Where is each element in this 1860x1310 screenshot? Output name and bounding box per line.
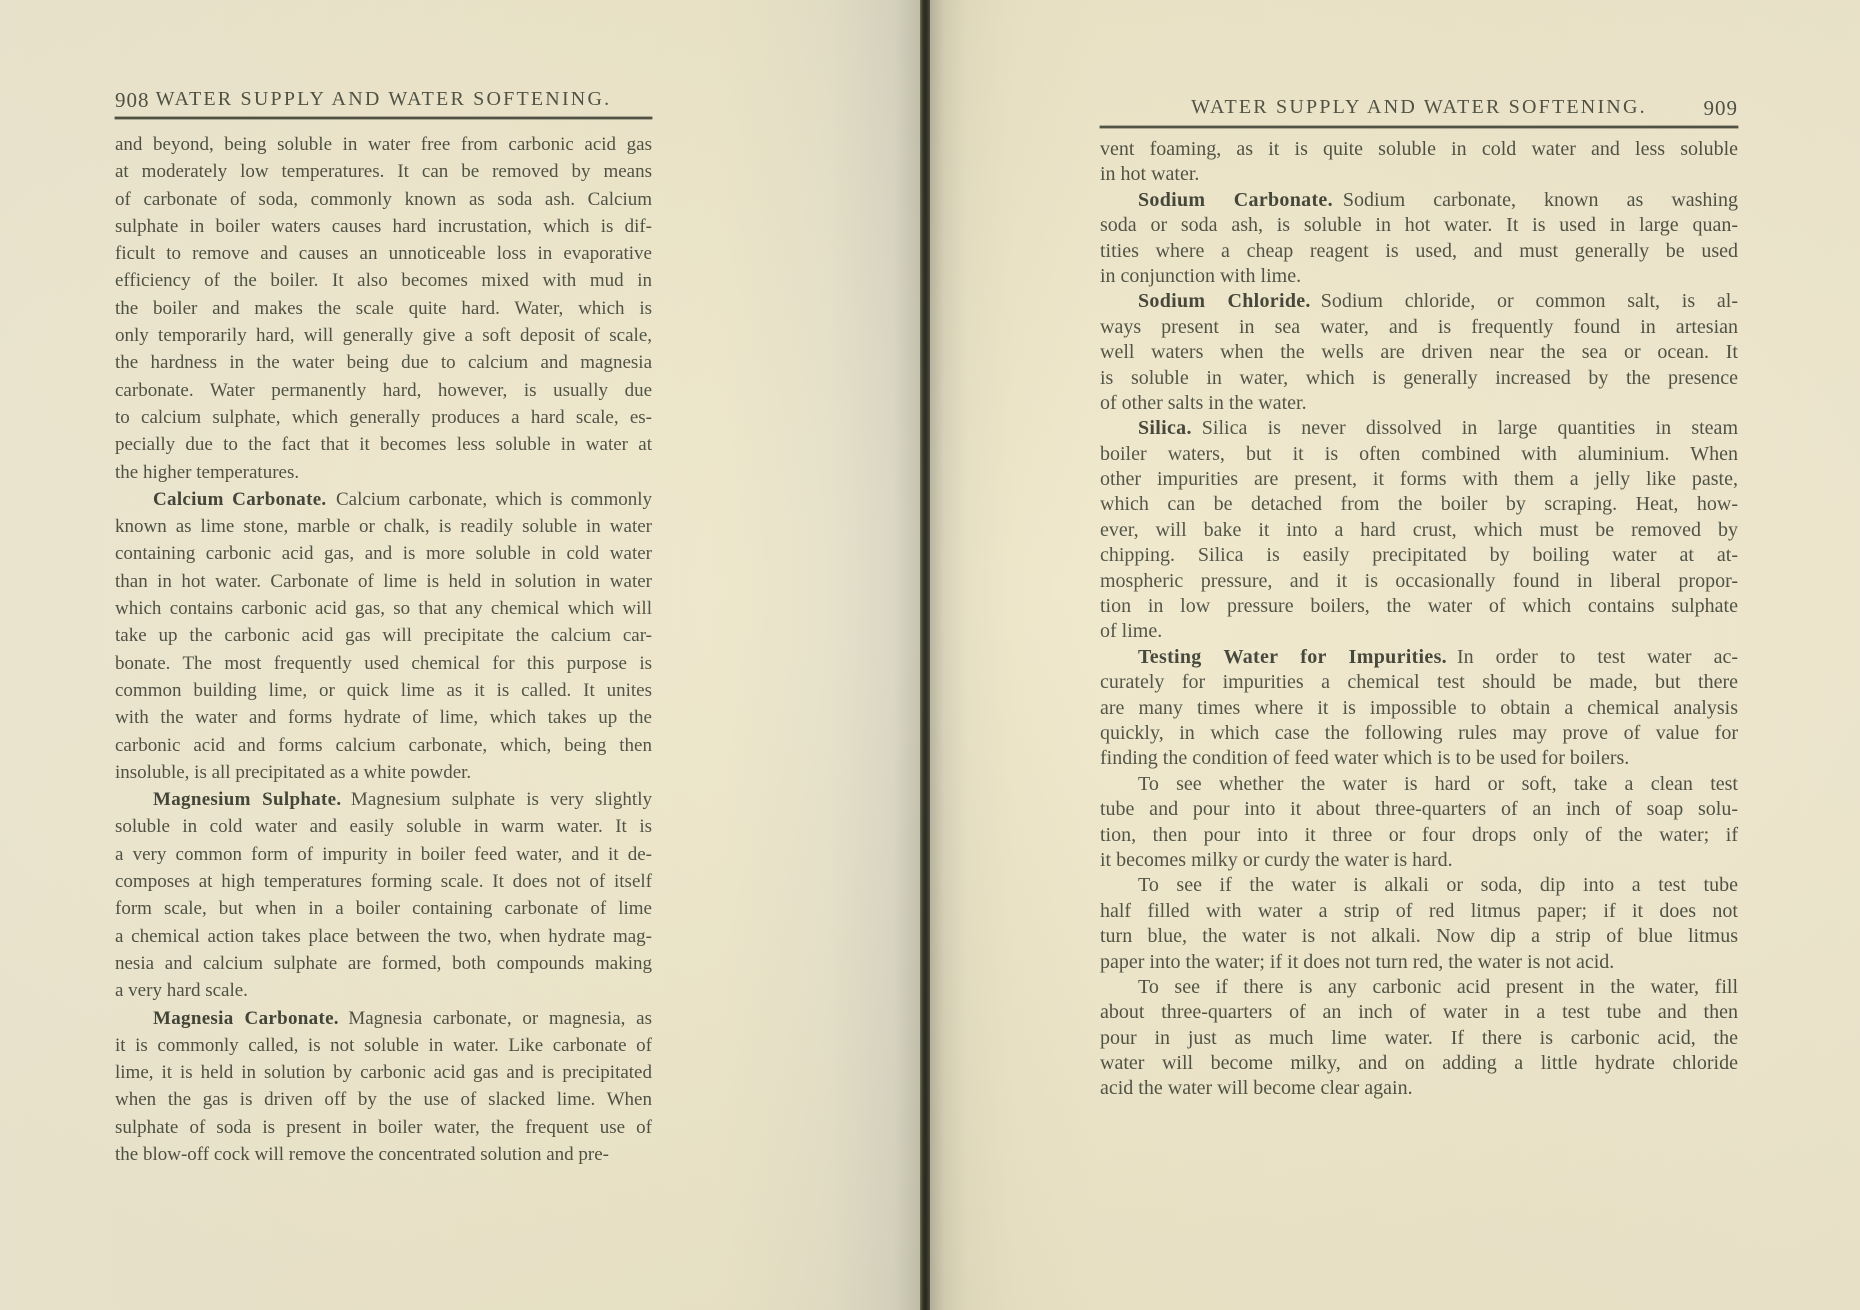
paragraph-heading: Sodium Carbonate.: [1138, 189, 1333, 211]
text-line: a very common form of impurity in boiler…: [115, 841, 652, 868]
text-line: is soluble in water, which is generally …: [1100, 366, 1738, 391]
text-line: only temporarily hard, will generally gi…: [115, 322, 652, 349]
text-line: a very hard scale.: [115, 977, 652, 1004]
text-line: about three-quarters of an inch of water…: [1100, 1000, 1738, 1025]
text-line: the blow-off cock will remove the concen…: [115, 1141, 652, 1168]
paragraph-heading: Sodium Chloride.: [1138, 290, 1311, 312]
text-line: insoluble, is all precipitated as a whit…: [115, 759, 652, 786]
right-page-number: 909: [1704, 96, 1739, 121]
text-line: other impurities are present, it forms w…: [1100, 467, 1738, 492]
text-line: tion, then pour into it three or four dr…: [1100, 823, 1738, 848]
text-line: tion in low pressure boilers, the water …: [1100, 594, 1738, 619]
text-line: pour in just as much lime water. If ther…: [1100, 1026, 1738, 1051]
paragraph-heading: Calcium Carbonate.: [153, 489, 326, 510]
text-line: with the water and forms hydrate of lime…: [115, 704, 652, 731]
text-line: soda or soda ash, is soluble in hot wate…: [1100, 213, 1738, 238]
text-line: tube and pour into it about three-quarte…: [1100, 797, 1738, 822]
text-line: Testing Water for Impurities. In order t…: [1100, 645, 1738, 670]
text-line: known as lime stone, marble or chalk, is…: [115, 513, 652, 540]
text-line: chipping. Silica is easily precipitated …: [1100, 543, 1738, 568]
text-line: sulphate in boiler waters causes hard in…: [115, 213, 652, 240]
paragraph-heading: Testing Water for Impurities.: [1138, 646, 1447, 668]
paragraph-heading: Magnesia Carbonate.: [153, 1008, 339, 1029]
text-line: lime, it is held in solution by carbonic…: [115, 1059, 652, 1086]
open-book-spread: 908 WATER SUPPLY AND WATER SOFTENING. WA…: [0, 0, 1860, 1310]
text-line: it becomes milky or curdy the water is h…: [1100, 848, 1738, 873]
text-line: Sodium Chloride. Sodium chloride, or com…: [1100, 289, 1738, 314]
left-running-title: WATER SUPPLY AND WATER SOFTENING.: [115, 88, 652, 111]
text-line: carbonate. Water permanently hard, howev…: [115, 377, 652, 404]
text-line: turn blue, the water is not alkali. Now …: [1100, 924, 1738, 949]
left-page-text-column: and beyond, being soluble in water free …: [115, 131, 652, 1168]
text-line: Sodium Carbonate. Sodium carbonate, know…: [1100, 188, 1738, 213]
text-line: tities where a cheap reagent is used, an…: [1100, 239, 1738, 264]
text-line: of lime.: [1100, 619, 1738, 644]
text-line: soluble in cold water and easily soluble…: [115, 813, 652, 840]
text-line: bonate. The most frequently used chemica…: [115, 650, 652, 677]
text-line: Calcium Carbonate. Calcium carbonate, wh…: [115, 486, 652, 513]
text-line: boiler waters, but it is often combined …: [1100, 442, 1738, 467]
text-line: Magnesium Sulphate. Magnesium sulphate i…: [115, 786, 652, 813]
text-line: Magnesia Carbonate. Magnesia carbonate, …: [115, 1005, 652, 1032]
left-running-head: 908 WATER SUPPLY AND WATER SOFTENING.: [115, 88, 652, 114]
text-line: in hot water.: [1100, 162, 1738, 187]
text-line: are many times where it is impossible to…: [1100, 696, 1738, 721]
text-line: common building lime, or quick lime as i…: [115, 677, 652, 704]
text-line: form scale, but when in a boiler contain…: [115, 895, 652, 922]
text-line: curately for impurities a chemical test …: [1100, 670, 1738, 695]
text-line: acid the water will become clear again.: [1100, 1076, 1738, 1101]
paragraph-heading: Magnesium Sulphate.: [153, 789, 341, 810]
text-line: which contains carbonic acid gas, so tha…: [115, 595, 652, 622]
text-line: in conjunction with lime.: [1100, 264, 1738, 289]
text-line: vent foaming, as it is quite soluble in …: [1100, 137, 1738, 162]
text-line: it is commonly called, is not soluble in…: [115, 1032, 652, 1059]
text-line: half filled with water a strip of red li…: [1100, 899, 1738, 924]
text-line: a chemical action takes place between th…: [115, 923, 652, 950]
text-line: To see whether the water is hard or soft…: [1100, 772, 1738, 797]
text-line: To see if the water is alkali or soda, d…: [1100, 873, 1738, 898]
text-line: when the gas is driven off by the use of…: [115, 1086, 652, 1113]
text-line: water will become milky, and on adding a…: [1100, 1051, 1738, 1076]
text-line: carbonic acid and forms calcium carbonat…: [115, 732, 652, 759]
left-head-rule: [115, 117, 652, 119]
text-line: ever, will bake it into a hard crust, wh…: [1100, 518, 1738, 543]
text-line: to calcium sulphate, which generally pro…: [115, 404, 652, 431]
text-line: take up the carbonic acid gas will preci…: [115, 622, 652, 649]
text-line: of other salts in the water.: [1100, 391, 1738, 416]
text-line: the higher temperatures.: [115, 459, 652, 486]
text-line: sulphate of soda is present in boiler wa…: [115, 1114, 652, 1141]
text-line: than in hot water. Carbonate of lime is …: [115, 568, 652, 595]
text-line: and beyond, being soluble in water free …: [115, 131, 652, 158]
text-line: finding the condition of feed water whic…: [1100, 746, 1738, 771]
text-line: at moderately low temperatures. It can b…: [115, 158, 652, 185]
paragraph-heading: Silica.: [1138, 417, 1192, 439]
text-line: mospheric pressure, and it is occasional…: [1100, 569, 1738, 594]
text-line: well waters when the wells are driven ne…: [1100, 340, 1738, 365]
text-line: To see if there is any carbonic acid pre…: [1100, 975, 1738, 1000]
text-line: the hardness in the water being due to c…: [115, 349, 652, 376]
text-line: efficiency of the boiler. It also become…: [115, 267, 652, 294]
text-line: ways present in sea water, and is freque…: [1100, 315, 1738, 340]
right-page-text-column: vent foaming, as it is quite soluble in …: [1100, 137, 1738, 1102]
text-line: ficult to remove and causes an unnoticea…: [115, 240, 652, 267]
book-binding-gutter: [920, 0, 930, 1310]
right-running-title: WATER SUPPLY AND WATER SOFTENING.: [1100, 96, 1738, 119]
text-line: Silica. Silica is never dissolved in lar…: [1100, 416, 1738, 441]
text-line: composes at high temperatures forming sc…: [115, 868, 652, 895]
text-line: the boiler and makes the scale quite har…: [115, 295, 652, 322]
right-head-rule: [1100, 126, 1738, 128]
text-line: of carbonate of soda, commonly known as …: [115, 186, 652, 213]
text-line: quickly, in which case the following rul…: [1100, 721, 1738, 746]
text-line: paper into the water; if it does not tur…: [1100, 950, 1738, 975]
text-line: which can be detached from the boiler by…: [1100, 492, 1738, 517]
text-line: nesia and calcium sulphate are formed, b…: [115, 950, 652, 977]
text-line: containing carbonic acid gas, and is mor…: [115, 540, 652, 567]
right-running-head: WATER SUPPLY AND WATER SOFTENING. 909: [1100, 96, 1738, 122]
text-line: pecially due to the fact that it becomes…: [115, 431, 652, 458]
